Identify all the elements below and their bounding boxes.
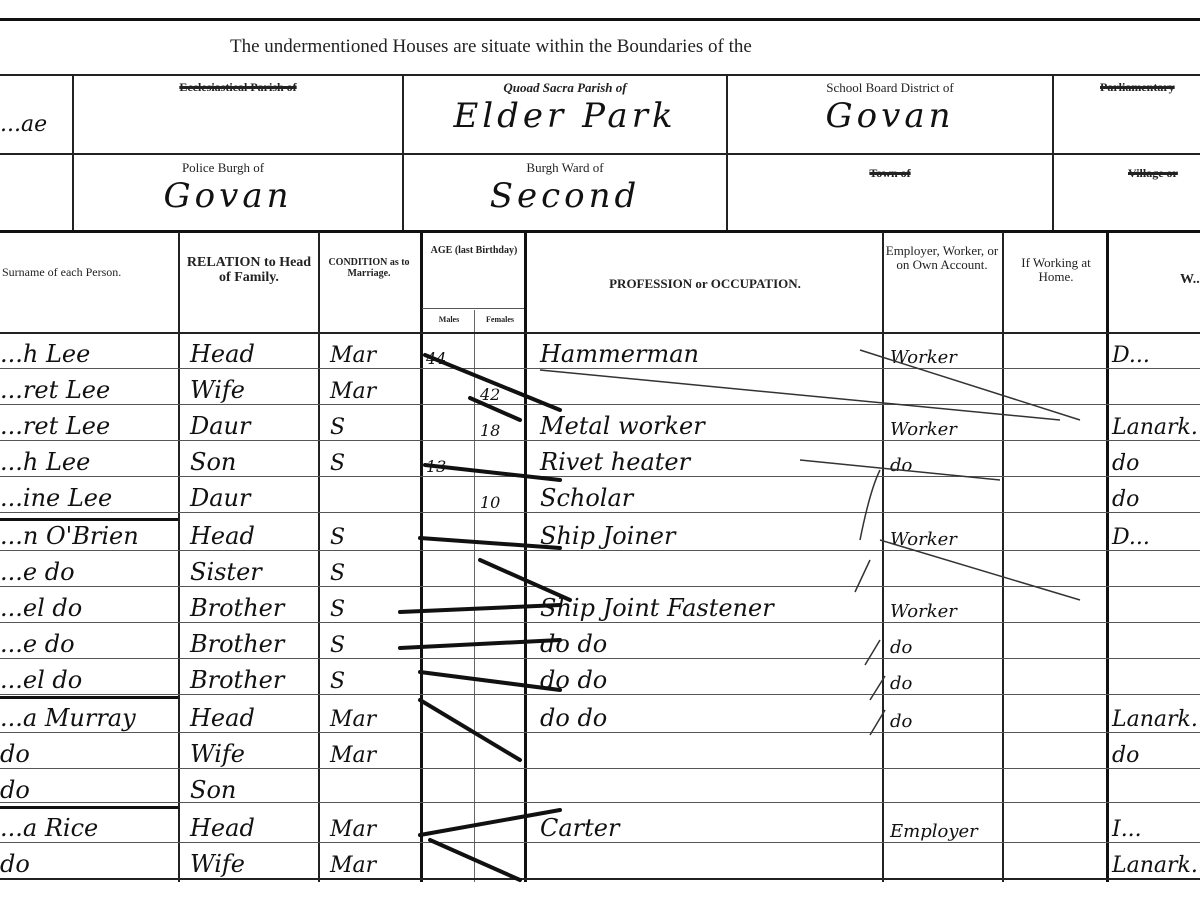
- cell-age-male: 44: [426, 334, 472, 368]
- caption-bottom-rule: [0, 74, 1200, 76]
- cell-age-male: [426, 624, 472, 658]
- cell-condition-text: S: [330, 597, 345, 622]
- cell-relation: Sister: [190, 552, 316, 586]
- table-bottom-rule: [0, 878, 1200, 880]
- cell-relation: Wife: [190, 844, 316, 878]
- cell-birthplace: do: [1112, 734, 1200, 768]
- cell-relation: Brother: [190, 624, 316, 658]
- cell-occupation-text: Metal worker: [540, 412, 705, 440]
- cell-age-male: [426, 406, 472, 440]
- cell-relation-text: Head: [190, 340, 255, 368]
- cell-occupation-text: Hammerman: [540, 340, 699, 368]
- cell-occupation: [540, 844, 880, 878]
- cell-age-female: [480, 588, 522, 622]
- cell-age-female: [480, 442, 522, 476]
- cell-relation-text: Wife: [190, 850, 245, 878]
- cell-name-text: ...n O'Brien: [0, 522, 139, 550]
- cell-name-text: ...ret Lee: [0, 376, 110, 404]
- cell-employer: do: [890, 442, 1000, 476]
- cell-birthplace-text: D...: [1112, 525, 1150, 550]
- cell-employer-text: do: [890, 455, 912, 476]
- burgh-ward-box: Burgh Ward of Second: [404, 160, 726, 216]
- cell-employer-text: Worker: [890, 529, 957, 550]
- cell-occupation-text: Scholar: [540, 484, 633, 512]
- cell-occupation-text: do do: [540, 704, 607, 732]
- col-header-age-females: Females: [476, 316, 524, 324]
- cell-age-female: [480, 808, 522, 842]
- cell-age-male: 13: [426, 442, 472, 476]
- cell-name-text: do: [0, 776, 30, 804]
- cell-age-male: [426, 734, 472, 768]
- cell-relation-text: Wife: [190, 376, 245, 404]
- cell-birthplace-text: Lanark...: [1112, 853, 1200, 878]
- cell-occupation: [540, 734, 880, 768]
- cell-name: ...ine Lee: [0, 478, 176, 512]
- cell-age-female: [480, 334, 522, 368]
- cell-age-female: 42: [480, 370, 522, 404]
- cell-condition: S: [330, 406, 418, 440]
- village-label: Village or: [1128, 166, 1200, 181]
- quoad-sacra-parish-label: Quoad Sacra Parish of: [404, 80, 726, 96]
- burgh-ward-value: Second: [404, 176, 726, 216]
- grid-vline: [474, 310, 475, 882]
- row-rule: [0, 658, 1200, 659]
- grid-vline: [420, 232, 423, 882]
- cell-occupation-text: Ship Joint Fastener: [540, 594, 774, 622]
- cell-condition-text: Mar: [330, 343, 376, 368]
- cell-birthplace-text: D...: [1112, 343, 1150, 368]
- cell-birthplace: Lanark...: [1112, 406, 1200, 440]
- cell-condition: S: [330, 588, 418, 622]
- cell-birthplace-text: do: [1112, 487, 1139, 512]
- cell-at-home: [1008, 844, 1104, 878]
- cell-condition-text: Mar: [330, 707, 376, 732]
- cell-condition-text: S: [330, 525, 345, 550]
- school-board-district-box: School Board District of Govan: [728, 80, 1052, 136]
- cell-condition: Mar: [330, 808, 418, 842]
- cell-relation-text: Sister: [190, 558, 262, 586]
- cell-name: ...ret Lee: [0, 370, 176, 404]
- cell-condition-text: S: [330, 451, 345, 476]
- row-rule: [0, 586, 1200, 587]
- cell-condition-text: Mar: [330, 853, 376, 878]
- row-rule: [0, 368, 1200, 369]
- cell-occupation: Hammerman: [540, 334, 880, 368]
- cell-condition: S: [330, 624, 418, 658]
- cell-relation: Head: [190, 698, 316, 732]
- cell-condition: Mar: [330, 334, 418, 368]
- cell-birthplace-text: Lanark...: [1112, 707, 1200, 732]
- cell-birthplace-text: do: [1112, 451, 1139, 476]
- cell-at-home: [1008, 770, 1104, 804]
- cell-age-female: [480, 770, 522, 804]
- cell-age-male: [426, 516, 472, 550]
- cell-birthplace: [1112, 552, 1200, 586]
- ecclesiastical-parish-box: Ecclesiastical Parish of: [74, 80, 402, 95]
- cell-condition-text: S: [330, 415, 345, 440]
- parliamentary-box: Parliamentary: [1100, 80, 1200, 95]
- cell-employer: Worker: [890, 334, 1000, 368]
- cell-age-female: 18: [480, 406, 522, 440]
- cell-birthplace: do: [1112, 478, 1200, 512]
- grid-vline: [1106, 232, 1109, 882]
- cell-name: ...e do: [0, 552, 176, 586]
- district-left-fragment: ...ae: [0, 112, 47, 137]
- cell-age-female: [480, 734, 522, 768]
- grid-vline: [524, 232, 527, 882]
- cell-occupation: Metal worker: [540, 406, 880, 440]
- school-board-district-value: Govan: [728, 96, 1052, 136]
- grid-vline: [318, 232, 320, 882]
- cell-at-home: [1008, 624, 1104, 658]
- cell-name-text: ...e do: [0, 558, 75, 586]
- cell-relation: Wife: [190, 734, 316, 768]
- cell-relation: Wife: [190, 370, 316, 404]
- cell-employer: [890, 370, 1000, 404]
- row-rule: [0, 622, 1200, 623]
- cell-name: ...a Rice: [0, 808, 176, 842]
- cell-employer: Worker: [890, 588, 1000, 622]
- town-box: Town of: [728, 166, 1052, 181]
- cell-at-home: [1008, 478, 1104, 512]
- police-burgh-box: Police Burgh of Govan: [74, 160, 402, 216]
- cell-relation-text: Daur: [190, 412, 250, 440]
- cell-age-male-text: 44: [426, 349, 446, 368]
- cell-name: ...el do: [0, 588, 176, 622]
- cell-age-male-text: 13: [426, 457, 446, 476]
- cell-employer: Worker: [890, 516, 1000, 550]
- cell-relation-text: Son: [190, 776, 236, 804]
- cell-birthplace: do: [1112, 442, 1200, 476]
- cell-age-female: [480, 552, 522, 586]
- cell-age-male: [426, 808, 472, 842]
- cell-condition-text: Mar: [330, 743, 376, 768]
- cell-employer-text: do: [890, 711, 912, 732]
- cell-relation-text: Head: [190, 814, 255, 842]
- cell-employer: do: [890, 698, 1000, 732]
- cell-employer: Employer: [890, 808, 1000, 842]
- cell-at-home: [1008, 516, 1104, 550]
- cell-name: do: [0, 844, 176, 878]
- cell-at-home: [1008, 660, 1104, 694]
- cell-age-male: [426, 844, 472, 878]
- cell-occupation-text: do do: [540, 666, 607, 694]
- cell-at-home: [1008, 406, 1104, 440]
- cell-occupation: Ship Joiner: [540, 516, 880, 550]
- col-header-name-text: Surname of each Person.: [2, 265, 121, 279]
- cell-condition: S: [330, 660, 418, 694]
- row-rule: [0, 512, 1200, 513]
- grid-vline: [178, 232, 180, 882]
- cell-condition: S: [330, 552, 418, 586]
- cell-occupation: Ship Joint Fastener: [540, 588, 880, 622]
- cell-birthplace: [1112, 588, 1200, 622]
- cell-occupation: Carter: [540, 808, 880, 842]
- cell-at-home: [1008, 552, 1104, 586]
- col-header-name: Surname of each Person.: [2, 265, 121, 279]
- cell-age-female: [480, 516, 522, 550]
- row-rule: [0, 550, 1200, 551]
- cell-at-home: [1008, 808, 1104, 842]
- cell-name-text: ...h Lee: [0, 448, 90, 476]
- cell-at-home: [1008, 442, 1104, 476]
- cell-name-text: ...el do: [0, 594, 82, 622]
- cell-age-female-text: 42: [480, 385, 500, 404]
- cell-birthplace: Lanark...: [1112, 844, 1200, 878]
- police-burgh-label: Police Burgh of: [44, 160, 402, 176]
- cell-at-home: [1008, 370, 1104, 404]
- grid-vline: [1002, 232, 1004, 882]
- cell-name-text: ...ine Lee: [0, 484, 112, 512]
- cell-birthplace: [1112, 624, 1200, 658]
- cell-occupation-text: Ship Joiner: [540, 522, 675, 550]
- cell-age-male: [426, 552, 472, 586]
- col-header-at-home: If Working at Home.: [1004, 256, 1108, 283]
- cell-age-female: [480, 844, 522, 878]
- col-header-condition: CONDITION as to Marriage.: [320, 258, 418, 279]
- cell-occupation: [540, 370, 880, 404]
- col-header-relation: RELATION to Head of Family.: [180, 256, 318, 285]
- cell-age-female: 10: [480, 478, 522, 512]
- cell-age-female-text: 10: [480, 493, 500, 512]
- cell-name: ...ret Lee: [0, 406, 176, 440]
- quoad-sacra-parish-value: Elder Park: [404, 96, 726, 136]
- cell-birthplace: [1112, 660, 1200, 694]
- cell-name-text: do: [0, 850, 30, 878]
- row-rule: [0, 768, 1200, 769]
- cell-birthplace: D...: [1112, 516, 1200, 550]
- cell-age-female: [480, 660, 522, 694]
- burgh-ward-label: Burgh Ward of: [404, 160, 726, 176]
- cell-name-text: ...el do: [0, 666, 82, 694]
- cell-age-female: [480, 698, 522, 732]
- cell-employer: do: [890, 660, 1000, 694]
- parliamentary-label: Parliamentary: [1100, 80, 1200, 95]
- cell-relation-text: Head: [190, 704, 255, 732]
- cell-at-home: [1008, 334, 1104, 368]
- row-rule: [0, 440, 1200, 441]
- cell-employer-text: do: [890, 637, 912, 658]
- cell-relation-text: Brother: [190, 666, 284, 694]
- cell-birthplace: D...: [1112, 334, 1200, 368]
- cell-occupation-text: do do: [540, 630, 607, 658]
- cell-name: ...a Murray: [0, 698, 176, 732]
- cell-age-male: [426, 370, 472, 404]
- cell-birthplace: [1112, 770, 1200, 804]
- row-rule: [0, 694, 1200, 695]
- cell-occupation: Rivet heater: [540, 442, 880, 476]
- cell-condition-text: S: [330, 633, 345, 658]
- row-rule: [0, 404, 1200, 405]
- col-header-where-born: W...: [1180, 272, 1200, 288]
- cell-relation: Head: [190, 516, 316, 550]
- cell-condition-text: S: [330, 669, 345, 694]
- cell-relation: Head: [190, 334, 316, 368]
- cell-relation-text: Brother: [190, 594, 284, 622]
- cell-employer-text: do: [890, 673, 912, 694]
- cell-name-text: ...a Murray: [0, 704, 136, 732]
- town-label: Town of: [728, 166, 1052, 181]
- cell-at-home: [1008, 588, 1104, 622]
- cell-occupation: [540, 552, 880, 586]
- cell-occupation-text: Carter: [540, 814, 619, 842]
- cell-occupation: [540, 770, 880, 804]
- cell-condition: [330, 478, 418, 512]
- col-header-age: AGE (last Birthday): [424, 246, 524, 257]
- col-header-employer: Employer, Worker, or on Own Account.: [884, 244, 1000, 271]
- cell-name: ...n O'Brien: [0, 516, 176, 550]
- row-rule: [0, 842, 1200, 843]
- cell-relation-text: Daur: [190, 484, 250, 512]
- cell-name-text: ...e do: [0, 630, 75, 658]
- cell-employer-text: Worker: [890, 601, 957, 622]
- police-burgh-value: Govan: [54, 176, 402, 216]
- cell-employer-text: Worker: [890, 347, 957, 368]
- cell-age-female-text: 18: [480, 421, 500, 440]
- cell-relation-text: Head: [190, 522, 255, 550]
- cell-relation: Son: [190, 442, 316, 476]
- cell-birthplace-text: do: [1112, 743, 1139, 768]
- cell-employer: [890, 478, 1000, 512]
- cell-occupation-text: Rivet heater: [540, 448, 690, 476]
- cell-age-male: [426, 698, 472, 732]
- village-box: Village or: [1128, 166, 1200, 181]
- col-header-occupation: PROFESSION or OCCUPATION.: [528, 276, 882, 292]
- cell-occupation: do do: [540, 660, 880, 694]
- cell-birthplace-text: Lanark...: [1112, 415, 1200, 440]
- cell-relation: Daur: [190, 478, 316, 512]
- cell-relation-text: Son: [190, 448, 236, 476]
- cell-relation: Brother: [190, 660, 316, 694]
- ecclesiastical-parish-label: Ecclesiastical Parish of: [74, 80, 402, 95]
- cell-employer: [890, 552, 1000, 586]
- cell-relation: Head: [190, 808, 316, 842]
- cell-occupation: do do: [540, 698, 880, 732]
- cell-condition: Mar: [330, 844, 418, 878]
- cell-birthplace: Lanark...: [1112, 698, 1200, 732]
- cell-employer: [890, 734, 1000, 768]
- cell-at-home: [1008, 698, 1104, 732]
- cell-age-male: [426, 770, 472, 804]
- cell-age-male: [426, 478, 472, 512]
- cell-name-text: ...h Lee: [0, 340, 90, 368]
- cell-name-text: ...a Rice: [0, 814, 98, 842]
- school-board-district-label: School Board District of: [728, 80, 1052, 96]
- cell-name: ...e do: [0, 624, 176, 658]
- col-header-age-males: Males: [424, 316, 474, 324]
- cell-age-female: [480, 624, 522, 658]
- cell-occupation: Scholar: [540, 478, 880, 512]
- cell-name-text: do: [0, 740, 30, 768]
- cell-name-text: ...ret Lee: [0, 412, 110, 440]
- cell-name: ...el do: [0, 660, 176, 694]
- district-row-divider: [0, 153, 1200, 155]
- cell-relation-text: Brother: [190, 630, 284, 658]
- cell-age-male: [426, 588, 472, 622]
- cell-condition: Mar: [330, 370, 418, 404]
- cell-employer: [890, 770, 1000, 804]
- age-subheader-rule: [422, 308, 524, 309]
- cell-name: do: [0, 734, 176, 768]
- cell-employer-text: Worker: [890, 419, 957, 440]
- grid-vline: [882, 232, 884, 882]
- cell-condition: [330, 770, 418, 804]
- row-rule: [0, 732, 1200, 733]
- cell-relation-text: Wife: [190, 740, 245, 768]
- cell-relation: Brother: [190, 588, 316, 622]
- cell-name: do: [0, 770, 176, 804]
- quoad-sacra-parish-box: Quoad Sacra Parish of Elder Park: [404, 80, 726, 136]
- cell-relation: Daur: [190, 406, 316, 440]
- cell-condition-text: Mar: [330, 817, 376, 842]
- cell-at-home: [1008, 734, 1104, 768]
- cell-condition: Mar: [330, 734, 418, 768]
- row-rule: [0, 476, 1200, 477]
- top-border: [0, 18, 1200, 21]
- cell-employer: Worker: [890, 406, 1000, 440]
- cell-condition: S: [330, 442, 418, 476]
- form-caption: The undermentioned Houses are situate wi…: [230, 36, 752, 58]
- cell-condition-text: S: [330, 561, 345, 586]
- cell-name: ...h Lee: [0, 442, 176, 476]
- cell-relation: Son: [190, 770, 316, 804]
- cell-name: ...h Lee: [0, 334, 176, 368]
- cell-employer: do: [890, 624, 1000, 658]
- cell-employer: [890, 844, 1000, 878]
- cell-condition-text: Mar: [330, 379, 376, 404]
- cell-condition: S: [330, 516, 418, 550]
- cell-age-male: [426, 660, 472, 694]
- cell-employer-text: Employer: [890, 821, 978, 842]
- cell-birthplace: I...: [1112, 808, 1200, 842]
- cell-occupation: do do: [540, 624, 880, 658]
- district-section-bottom: [0, 230, 1200, 233]
- cell-birthplace-text: I...: [1112, 817, 1142, 842]
- cell-birthplace: [1112, 370, 1200, 404]
- cell-condition: Mar: [330, 698, 418, 732]
